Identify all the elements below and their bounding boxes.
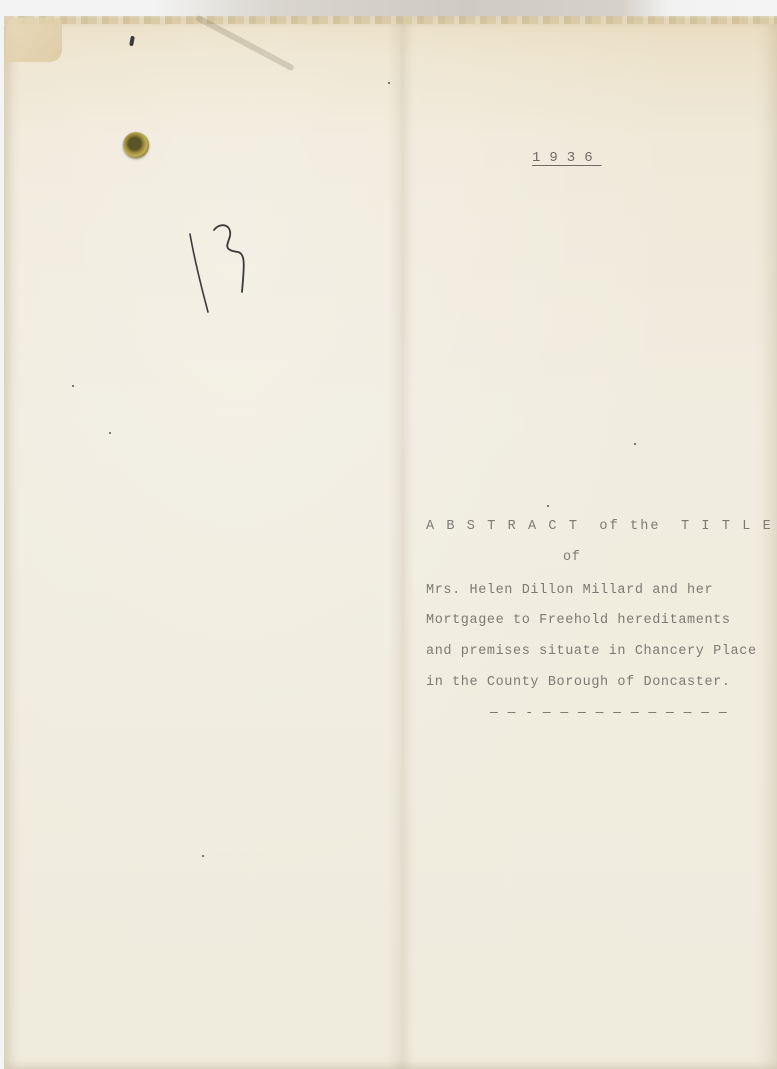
brass-eyelet-icon (123, 132, 149, 158)
speck (547, 505, 549, 507)
document-year: 1936 (532, 150, 602, 166)
paper-sheet (4, 18, 777, 1069)
handwritten-page-number (186, 222, 256, 317)
body-line-2: Mortgagee to Freehold hereditaments (426, 613, 731, 628)
dashed-separator: — — - — — — — — — — — — — — (490, 705, 728, 720)
speck (634, 443, 636, 445)
speck (72, 385, 74, 387)
torn-top-edge (4, 16, 777, 24)
abstract-title-heading: A B S T R A C T of the T I T L E (426, 519, 773, 534)
folded-corner (6, 18, 62, 62)
body-line-4: in the County Borough of Doncaster. (426, 675, 731, 690)
of-connector: of (563, 550, 580, 565)
speck (388, 82, 390, 84)
body-line-1: Mrs. Helen Dillon Millard and her (426, 583, 713, 598)
speck (109, 432, 111, 434)
body-line-3: and premises situate in Chancery Place (426, 644, 757, 659)
speck (202, 855, 204, 857)
